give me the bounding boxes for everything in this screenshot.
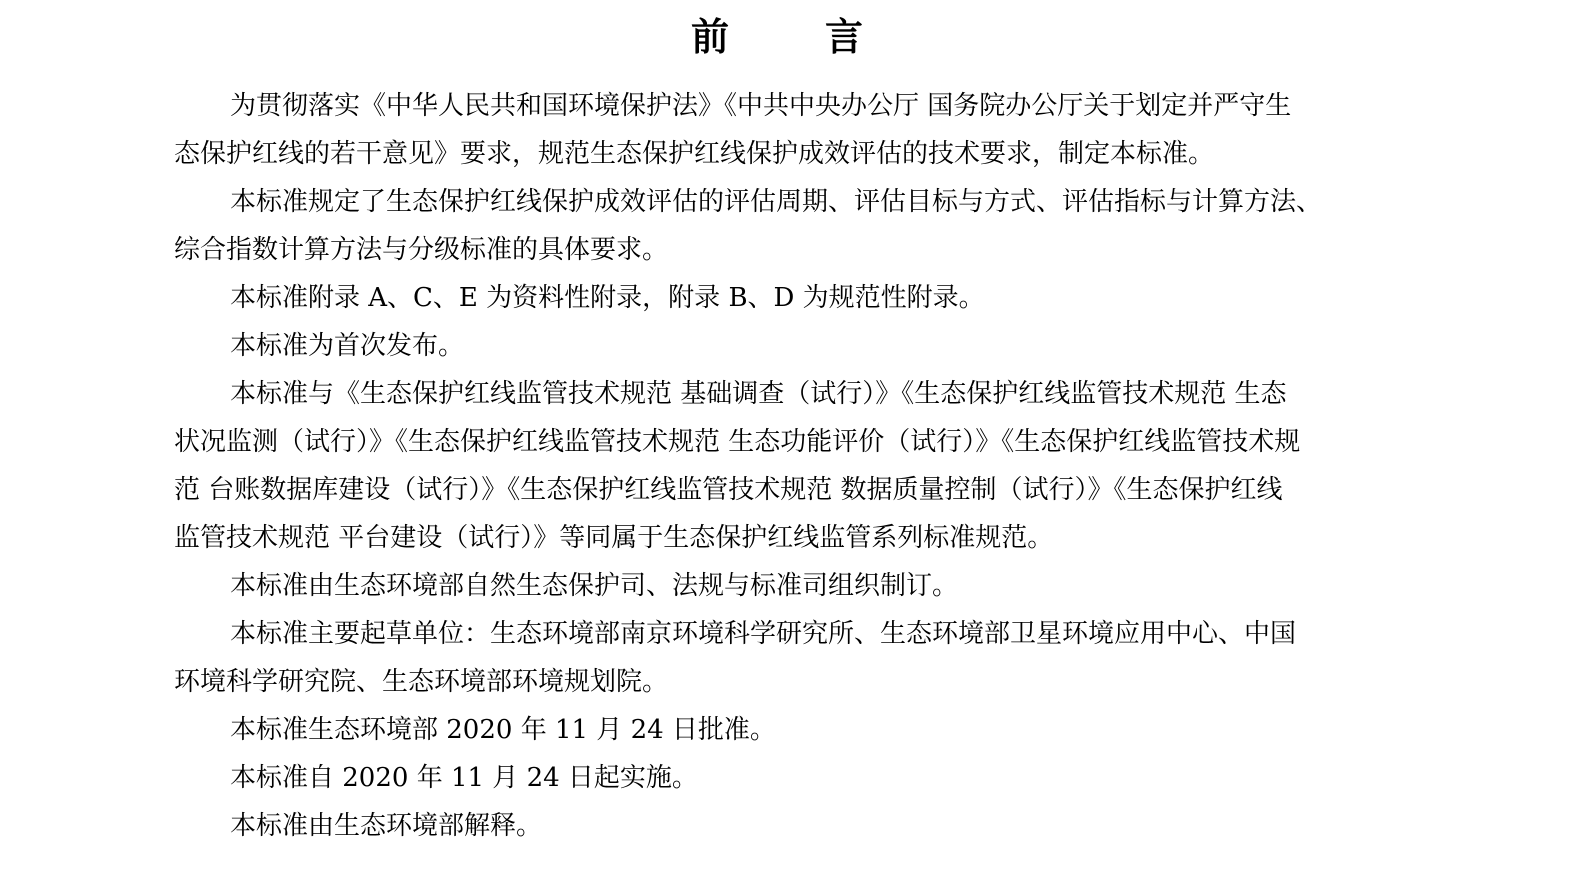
paragraph-line: 本标准附录 A、C、E 为资料性附录，附录 B、D 为规范性附录。 <box>230 282 985 314</box>
paragraph-line: 本标准生态环境部 2020 年 11 月 24 日批准。 <box>230 714 776 746</box>
paragraph-line: 本标准由生态环境部解释。 <box>230 810 542 842</box>
paragraph-line: 本标准由生态环境部自然生态保护司、法规与标准司组织制订。 <box>230 570 958 602</box>
paragraph-line: 监管技术规范 平台建设（试行）》等同属于生态保护红线监管系列标准规范。 <box>174 522 1053 554</box>
paragraph-line: 综合指数计算方法与分级标准的具体要求。 <box>174 234 668 266</box>
paragraph-line: 状况监测（试行）》《生态保护红线监管技术规范 生态功能评价（试行）》《生态保护红… <box>174 426 1300 458</box>
paragraph-line: 本标准与《生态保护红线监管技术规范 基础调查（试行）》《生态保护红线监管技术规范… <box>230 378 1287 410</box>
paragraph-line: 本标准主要起草单位：生态环境部南京环境科学研究所、生态环境部卫星环境应用中心、中… <box>230 618 1296 650</box>
paragraph-line: 为贯彻落实《中华人民共和国环境保护法》《中共中央办公厅 国务院办公厅关于划定并严… <box>230 90 1291 122</box>
paragraph-line: 范 台账数据库建设（试行）》《生态保护红线监管技术规范 数据质量控制（试行）》《… <box>174 474 1283 506</box>
paragraph-line: 本标准规定了生态保护红线保护成效评估的评估周期、评估目标与方式、评估指标与计算方… <box>230 186 1322 218</box>
title-char-1: 前 <box>691 14 729 60</box>
paragraph-line: 本标准为首次发布。 <box>230 330 464 362</box>
page-title: 前言 <box>174 14 1380 60</box>
paragraph-line: 环境科学研究院、生态环境部环境规划院。 <box>174 666 668 698</box>
paragraph-line: 本标准自 2020 年 11 月 24 日起实施。 <box>230 762 698 794</box>
paragraph-line: 态保护红线的若干意见》要求，规范生态保护红线保护成效评估的技术要求，制定本标准。 <box>174 138 1214 170</box>
title-char-2: 言 <box>825 14 863 60</box>
